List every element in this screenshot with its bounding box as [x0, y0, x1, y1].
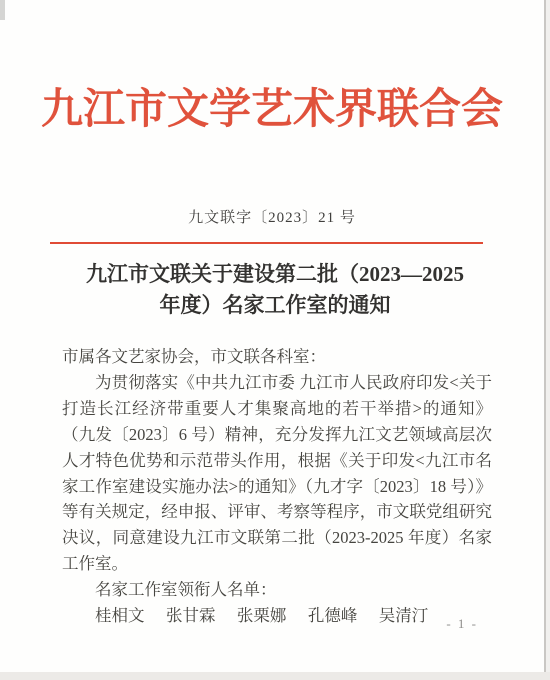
notice-title-line1: 九江市文联关于建设第二批（2023—2025: [40, 259, 510, 290]
scan-corner-artifact: [0, 0, 5, 20]
name-list-heading: 名家工作室领衔人名单：: [62, 577, 492, 603]
name-item: 吴清汀: [379, 606, 429, 625]
salutation-line: 市属各文艺家协会，市文联各科室：: [62, 344, 492, 370]
page-number: - 1 -: [446, 616, 478, 632]
name-item: 桂相文: [95, 606, 145, 625]
body-paragraph: 为贯彻落实《中共九江市委 九江市人民政府印发<关于打造长江经济带重要人才集聚高地…: [62, 370, 492, 577]
scan-edge-bottom: [0, 672, 550, 680]
name-item: 孔德峰: [308, 606, 358, 625]
scanned-notice-page: 九江市文学艺术界联合会 九文联字〔2023〕21 号 九江市文联关于建设第二批（…: [0, 0, 550, 680]
scan-edge-right-outer: [546, 0, 550, 680]
notice-body: 市属各文艺家协会，市文联各科室： 为贯彻落实《中共九江市委 九江市人民政府印发<…: [62, 344, 492, 629]
letterhead-org-name: 九江市文学艺术界联合会: [0, 76, 544, 136]
name-list: 桂相文 张甘霖 张栗娜 孔德峰 吴清汀: [62, 603, 492, 629]
doc-reference-number: 九文联字〔2023〕21 号: [0, 206, 544, 227]
name-item: 张甘霖: [166, 606, 216, 625]
notice-title: 九江市文联关于建设第二批（2023—2025 年度）名家工作室的通知: [40, 259, 510, 321]
name-item: 张栗娜: [237, 606, 287, 625]
red-divider-line: [50, 242, 483, 244]
notice-title-line2: 年度）名家工作室的通知: [40, 290, 510, 321]
